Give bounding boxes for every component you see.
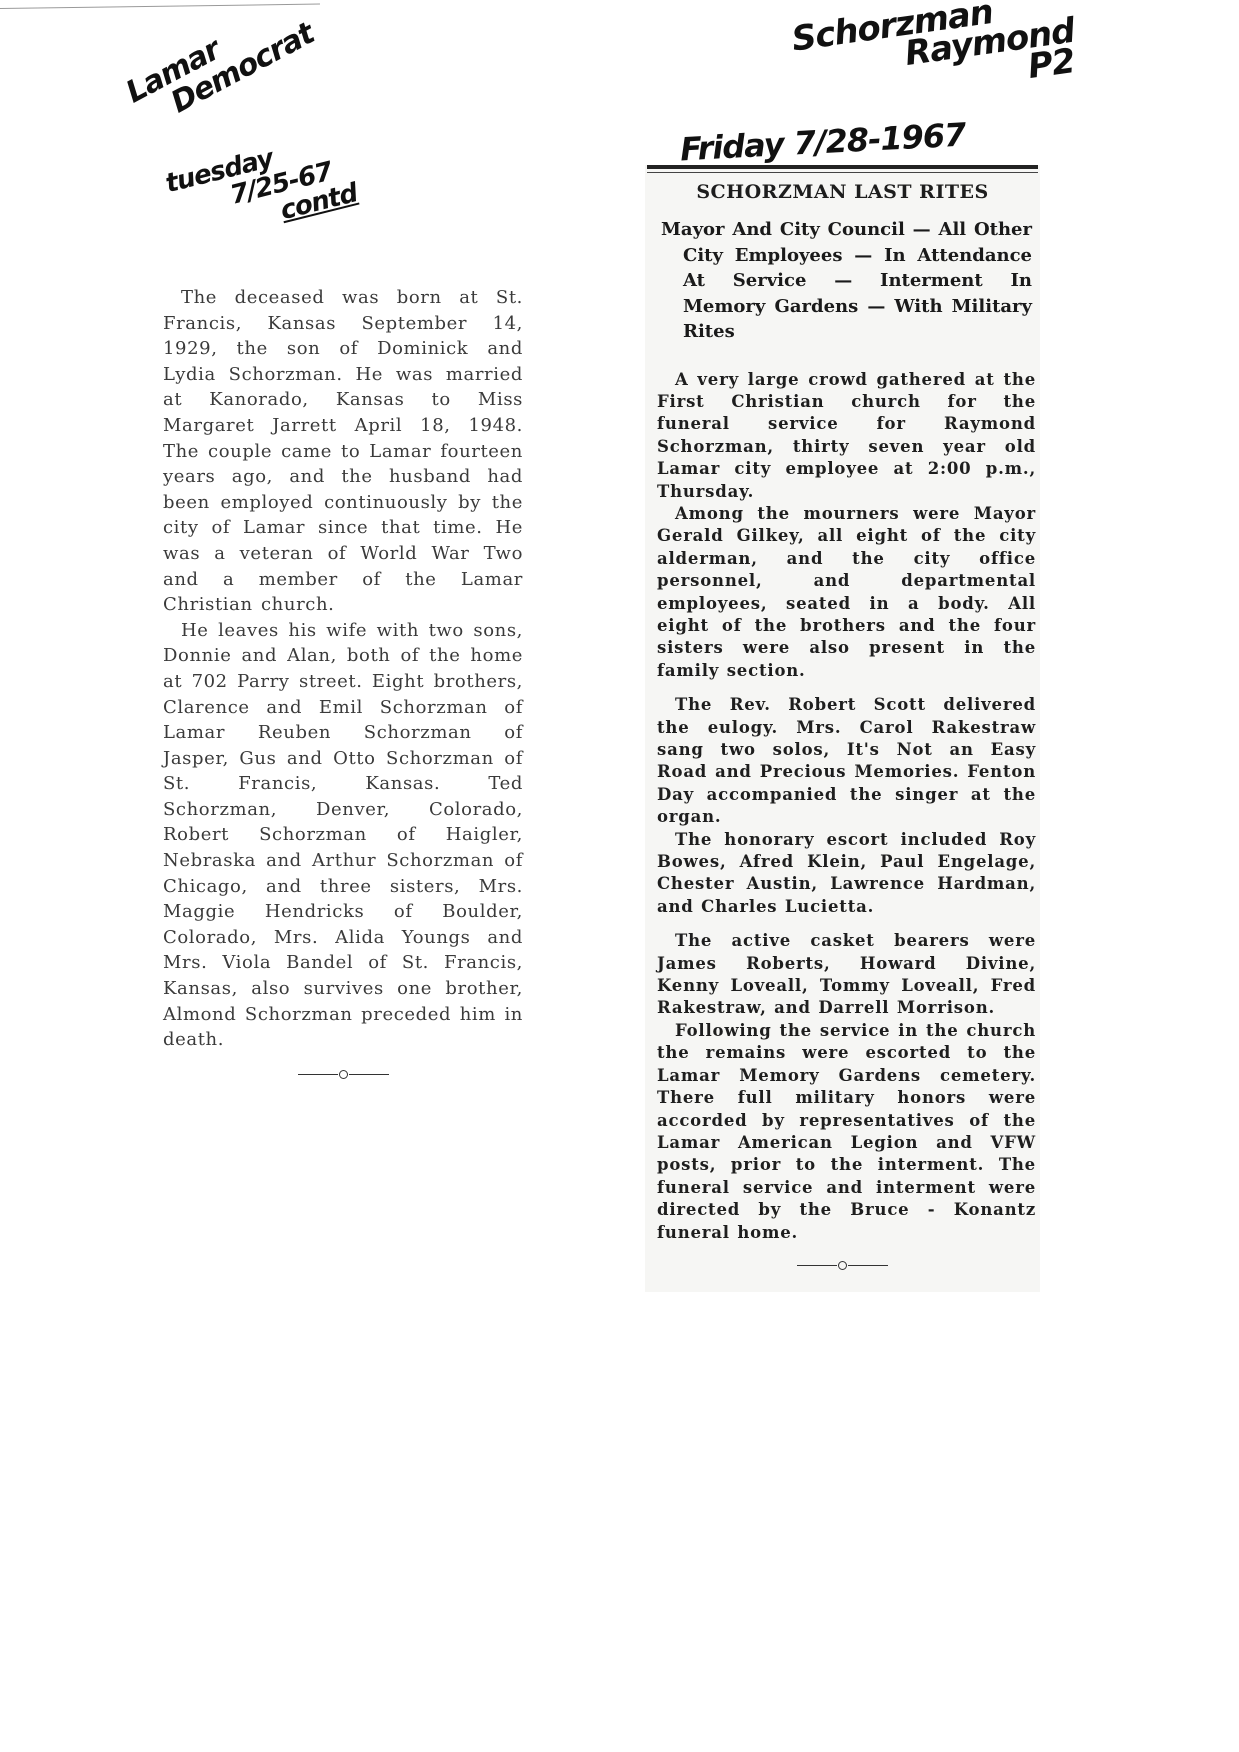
handwritten-first-date: tuesday 7/25-67 contd <box>163 128 360 251</box>
paragraph: The honorary escort included Roy Bowes, … <box>657 829 1036 919</box>
handwritten-second-date: Friday 7/28-1967 <box>679 119 966 166</box>
end-mark <box>645 1258 1040 1272</box>
paragraph: Among the mourners were Mayor Gerald Gil… <box>657 503 1036 682</box>
paragraph: A very large crowd gathered at the First… <box>657 369 1036 503</box>
paragraph: The Rev. Robert Scott delivered the eulo… <box>657 694 1036 828</box>
obituary-continued-column: The deceased was born at St. Francis, Ka… <box>163 285 523 1081</box>
article-deck: Mayor And City Council — All Other City … <box>661 217 1032 345</box>
headline-rule <box>647 165 1038 173</box>
handwritten-newspaper-name: Lamar Democrat <box>122 0 319 135</box>
paragraph: Following the service in the church the … <box>657 1020 1036 1244</box>
last-rites-article-column: SCHORZMAN LAST RITES Mayor And City Coun… <box>645 165 1040 1292</box>
end-mark <box>163 1067 523 1081</box>
article-headline: SCHORZMAN LAST RITES <box>645 181 1040 203</box>
paragraph: The deceased was born at St. Francis, Ka… <box>163 285 523 618</box>
paragraph: The active casket bearers were James Rob… <box>657 930 1036 1020</box>
handwritten-subject-name: Schorzman Raymond P2 <box>790 0 1080 114</box>
paragraph: He leaves his wife with two sons, Donnie… <box>163 618 523 1053</box>
